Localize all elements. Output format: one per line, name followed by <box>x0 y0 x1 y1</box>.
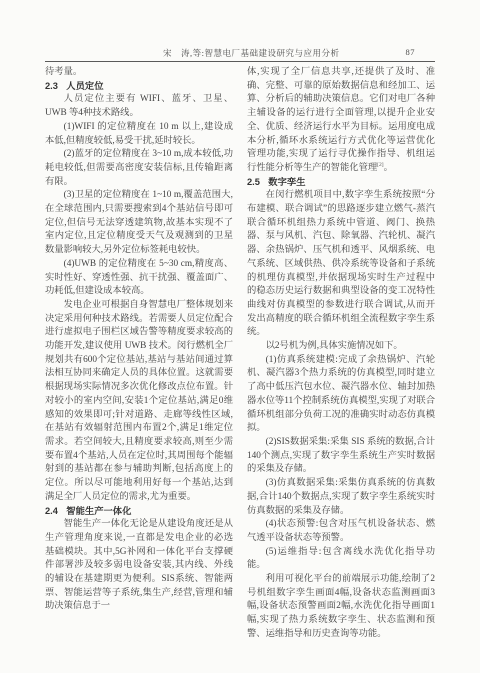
heading-2-4-intelligent-production-integration: 2.4智能生产一体化 <box>45 505 233 519</box>
paragraph: 发电企业可根据自身智慧电厂整体规划来决定采用何种技术路线。若需要人员定位配合进行… <box>45 299 233 505</box>
right-column: 体,实现了全厂信息共享,还提供了及时、准确、完整、可靠的原始数据信息和经加工、运… <box>247 66 435 642</box>
heading-2-5-digital-twin: 2.5数字孪生 <box>247 176 435 190</box>
paragraph: (1)WIFI 的定位精度在 10 m 以上,建设成本低,但精度较低,易受干扰,… <box>45 121 233 148</box>
paragraph: 人员定位主要有 WIFI、蓝牙、卫星、UWB 等4种技术路线。 <box>45 93 233 120</box>
paragraph: 在闵行燃机项目中,数字孪生系统按照“分布建模、联合调试”的思路逐步建立燃气-蒸汽… <box>247 189 435 340</box>
journal-page: 宋 涛,等:智慧电厂基础建设研究与应用分析 87 待考量。 2.3人员定位 人员… <box>0 0 480 673</box>
heading-number: 2.5 <box>247 177 260 187</box>
heading-number: 2.4 <box>45 506 58 516</box>
paragraph-continuation: 待考量。 <box>45 66 233 80</box>
heading-title: 智能生产一体化 <box>66 506 131 516</box>
paragraph-continuation: 体,实现了全厂信息共享,还提供了及时、准确、完整、可靠的原始数据信息和经加工、运… <box>247 66 435 176</box>
paragraph: (2)蓝牙的定位精度在 3~10 m,成本较低,功耗电较低,但需要高密度安装信标… <box>45 148 233 189</box>
paragraph: 以2号机为例,具体实施情况如下。 <box>247 340 435 354</box>
two-column-text-body: 待考量。 2.3人员定位 人员定位主要有 WIFI、蓝牙、卫星、UWB 等4种技… <box>45 66 435 642</box>
paragraph: 利用可视化平台的前端展示功能,绘制了2号机组数字孪生画面4幅,设备状态监测画面3… <box>247 573 435 642</box>
page-header: 宋 涛,等:智慧电厂基础建设研究与应用分析 87 <box>45 45 435 62</box>
paragraph: 智能生产一体化无论是从建设角度还是从生产管理角度来说,一直都是发电企业的必选基础… <box>45 518 233 614</box>
paragraph: (4)状态预警:包含对压气机设备状态、燃气透平设备状态等预警。 <box>247 518 435 545</box>
paragraph: (4)UWB 的定位精度在 5~30 cm,精度高、实时性好、穿透性强、抗干扰强… <box>45 258 233 299</box>
heading-title: 数字孪生 <box>268 177 305 187</box>
paragraph: (2)SIS数据采集:采集 SIS 系统的数据,合计140个测点,实现了数字孪生… <box>247 436 435 477</box>
paragraph-tail: 。 <box>384 163 393 173</box>
heading-number: 2.3 <box>45 81 58 91</box>
paragraph: (5)运维指导:包含离线水洗优化指导功能。 <box>247 546 435 573</box>
heading-2-3-personnel-positioning: 2.3人员定位 <box>45 80 233 94</box>
heading-title: 人员定位 <box>66 81 103 91</box>
paragraph: (3)仿真数据采集:采集仿真系统的仿真数据,合计140个数据点,实现了数字孪生系… <box>247 477 435 518</box>
paragraph: (1)仿真系统建模:完成了余热锅炉、汽轮机、凝汽器3个热力系统的仿真模型,同时建… <box>247 354 435 436</box>
paragraph: (3)卫星的定位精度在 1~10 m,覆盖范围大,在全球范围内,只需要搜索到4个… <box>45 189 233 258</box>
paragraph-text: 体,实现了全厂信息共享,还提供了及时、准确、完整、可靠的原始数据信息和经加工、运… <box>247 67 435 173</box>
left-column: 待考量。 2.3人员定位 人员定位主要有 WIFI、蓝牙、卫星、UWB 等4种技… <box>45 66 233 642</box>
running-title: 宋 涛,等:智慧电厂基础建设研究与应用分析 <box>163 47 340 59</box>
page-number: 87 <box>406 47 416 57</box>
